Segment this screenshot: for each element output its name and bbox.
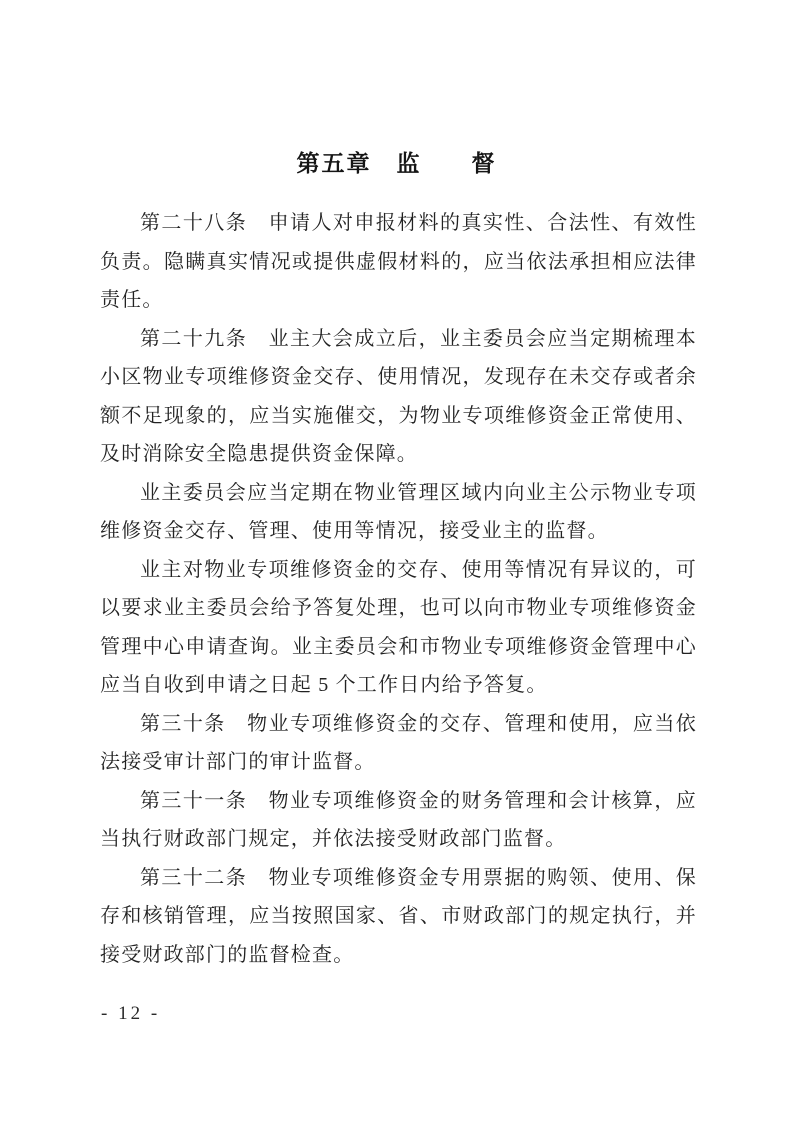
- article-30: 第三十条 物业专项维修资金的交存、管理和使用，应当依法接受审计部门的审计监督。: [100, 705, 697, 782]
- article-32: 第三十二条 物业专项维修资金专用票据的购领、使用、保存和核销管理，应当按照国家、…: [100, 859, 697, 975]
- article-29: 第二十九条 业主大会成立后，业主委员会应当定期梳理本小区物业专项维修资金交存、使…: [100, 320, 697, 474]
- chapter-title: 第五章 监 督: [0, 147, 793, 179]
- article-31: 第三十一条 物业专项维修资金的财务管理和会计核算，应当执行财政部门规定，并依法接…: [100, 782, 697, 859]
- article-29-clause-3: 业主对物业专项维修资金的交存、使用等情况有异议的，可以要求业主委员会给予答复处理…: [100, 551, 697, 705]
- article-29-clause-2: 业主委员会应当定期在物业管理区域内向业主公示物业专项维修资金交存、管理、使用等情…: [100, 474, 697, 551]
- article-28: 第二十八条 申请人对申报材料的真实性、合法性、有效性负责。隐瞒真实情况或提供虚假…: [100, 204, 697, 320]
- document-page: 第五章 监 督 第二十八条 申请人对申报材料的真实性、合法性、有效性负责。隐瞒真…: [0, 0, 793, 1122]
- page-number: - 12 -: [101, 1002, 160, 1026]
- document-body: 第二十八条 申请人对申报材料的真实性、合法性、有效性负责。隐瞒真实情况或提供虚假…: [100, 204, 697, 974]
